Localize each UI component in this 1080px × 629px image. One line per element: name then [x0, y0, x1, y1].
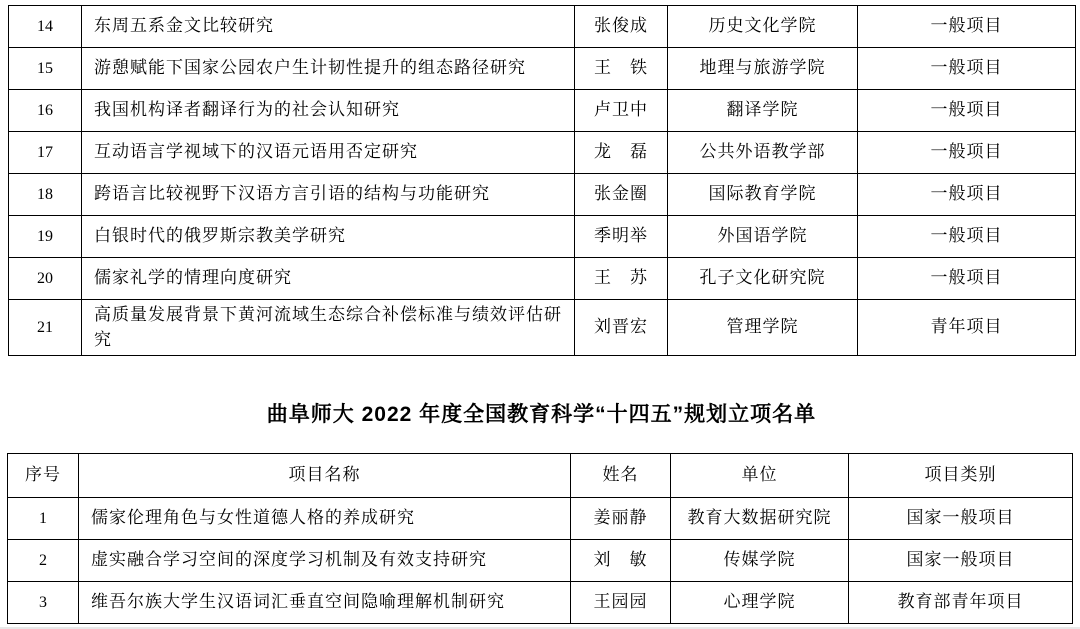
table-row: 3 维吾尔族大学生汉语词汇垂直空间隐喻理解机制研究 王园园 心理学院 教育部青年… — [8, 582, 1073, 624]
project-type: 一般项目 — [858, 258, 1076, 300]
row-number: 18 — [9, 174, 82, 216]
project-type: 青年项目 — [858, 300, 1076, 356]
row-number: 16 — [9, 90, 82, 132]
person-name: 张俊成 — [575, 6, 668, 48]
header-no: 序号 — [8, 454, 79, 498]
unit-name: 外国语学院 — [668, 216, 858, 258]
education-projects-table: 序号 项目名称 姓名 单位 项目类别 1 儒家伦理角色与女性道德人格的养成研究 … — [7, 453, 1073, 624]
person-name: 刘晋宏 — [575, 300, 668, 356]
table-row: 19 白银时代的俄罗斯宗教美学研究 季明举 外国语学院 一般项目 — [9, 216, 1076, 258]
table-row: 1 儒家伦理角色与女性道德人格的养成研究 姜丽静 教育大数据研究院 国家一般项目 — [8, 498, 1073, 540]
project-type: 一般项目 — [858, 90, 1076, 132]
person-name: 王 铁 — [575, 48, 668, 90]
unit-name: 公共外语教学部 — [668, 132, 858, 174]
table-row: 21 高质量发展背景下黄河流域生态综合补偿标准与绩效评估研究 刘晋宏 管理学院 … — [9, 300, 1076, 356]
project-title: 维吾尔族大学生汉语词汇垂直空间隐喻理解机制研究 — [79, 582, 571, 624]
project-title: 儒家礼学的情理向度研究 — [82, 258, 575, 300]
project-title: 互动语言学视域下的汉语元语用否定研究 — [82, 132, 575, 174]
project-title: 跨语言比较视野下汉语方言引语的结构与功能研究 — [82, 174, 575, 216]
person-name: 王 苏 — [575, 258, 668, 300]
project-title: 儒家伦理角色与女性道德人格的养成研究 — [79, 498, 571, 540]
person-name: 刘 敏 — [571, 540, 671, 582]
unit-name: 传媒学院 — [671, 540, 849, 582]
person-name: 张金圈 — [575, 174, 668, 216]
project-title: 游憩赋能下国家公园农户生计韧性提升的组态路径研究 — [82, 48, 575, 90]
project-type: 一般项目 — [858, 6, 1076, 48]
unit-name: 国际教育学院 — [668, 174, 858, 216]
project-type: 一般项目 — [858, 132, 1076, 174]
project-type: 一般项目 — [858, 216, 1076, 258]
project-title: 我国机构译者翻译行为的社会认知研究 — [82, 90, 575, 132]
person-name: 季明举 — [575, 216, 668, 258]
row-number: 3 — [8, 582, 79, 624]
header-unit: 单位 — [671, 454, 849, 498]
project-title: 东周五系金文比较研究 — [82, 6, 575, 48]
table-header-row: 序号 项目名称 姓名 单位 项目类别 — [8, 454, 1073, 498]
unit-name: 管理学院 — [668, 300, 858, 356]
project-title: 白银时代的俄罗斯宗教美学研究 — [82, 216, 575, 258]
row-number: 15 — [9, 48, 82, 90]
header-project-type: 项目类别 — [849, 454, 1073, 498]
unit-name: 孔子文化研究院 — [668, 258, 858, 300]
person-name: 王园园 — [571, 582, 671, 624]
unit-name: 历史文化学院 — [668, 6, 858, 48]
header-person-name: 姓名 — [571, 454, 671, 498]
project-type: 国家一般项目 — [849, 540, 1073, 582]
project-type: 一般项目 — [858, 48, 1076, 90]
person-name: 姜丽静 — [571, 498, 671, 540]
row-number: 1 — [8, 498, 79, 540]
project-type: 一般项目 — [858, 174, 1076, 216]
unit-name: 翻译学院 — [668, 90, 858, 132]
header-project-title: 项目名称 — [79, 454, 571, 498]
projects-table-continued: 14 东周五系金文比较研究 张俊成 历史文化学院 一般项目 15 游憩赋能下国家… — [8, 5, 1076, 356]
unit-name: 心理学院 — [671, 582, 849, 624]
table-row: 16 我国机构译者翻译行为的社会认知研究 卢卫中 翻译学院 一般项目 — [9, 90, 1076, 132]
document-page: 14 东周五系金文比较研究 张俊成 历史文化学院 一般项目 15 游憩赋能下国家… — [0, 0, 1080, 629]
row-number: 2 — [8, 540, 79, 582]
table-row: 20 儒家礼学的情理向度研究 王 苏 孔子文化研究院 一般项目 — [9, 258, 1076, 300]
table-row: 18 跨语言比较视野下汉语方言引语的结构与功能研究 张金圈 国际教育学院 一般项… — [9, 174, 1076, 216]
table-row: 14 东周五系金文比较研究 张俊成 历史文化学院 一般项目 — [9, 6, 1076, 48]
person-name: 龙 磊 — [575, 132, 668, 174]
project-type: 教育部青年项目 — [849, 582, 1073, 624]
person-name: 卢卫中 — [575, 90, 668, 132]
section-title: 曲阜师大 2022 年度全国教育科学“十四五”规划立项名单 — [8, 398, 1075, 432]
unit-name: 教育大数据研究院 — [671, 498, 849, 540]
row-number: 20 — [9, 258, 82, 300]
project-title: 虚实融合学习空间的深度学习机制及有效支持研究 — [79, 540, 571, 582]
project-title: 高质量发展背景下黄河流域生态综合补偿标准与绩效评估研究 — [82, 300, 575, 356]
table-row: 17 互动语言学视域下的汉语元语用否定研究 龙 磊 公共外语教学部 一般项目 — [9, 132, 1076, 174]
project-type: 国家一般项目 — [849, 498, 1073, 540]
row-number: 17 — [9, 132, 82, 174]
table-row: 15 游憩赋能下国家公园农户生计韧性提升的组态路径研究 王 铁 地理与旅游学院 … — [9, 48, 1076, 90]
row-number: 21 — [9, 300, 82, 356]
row-number: 19 — [9, 216, 82, 258]
table-row: 2 虚实融合学习空间的深度学习机制及有效支持研究 刘 敏 传媒学院 国家一般项目 — [8, 540, 1073, 582]
unit-name: 地理与旅游学院 — [668, 48, 858, 90]
row-number: 14 — [9, 6, 82, 48]
